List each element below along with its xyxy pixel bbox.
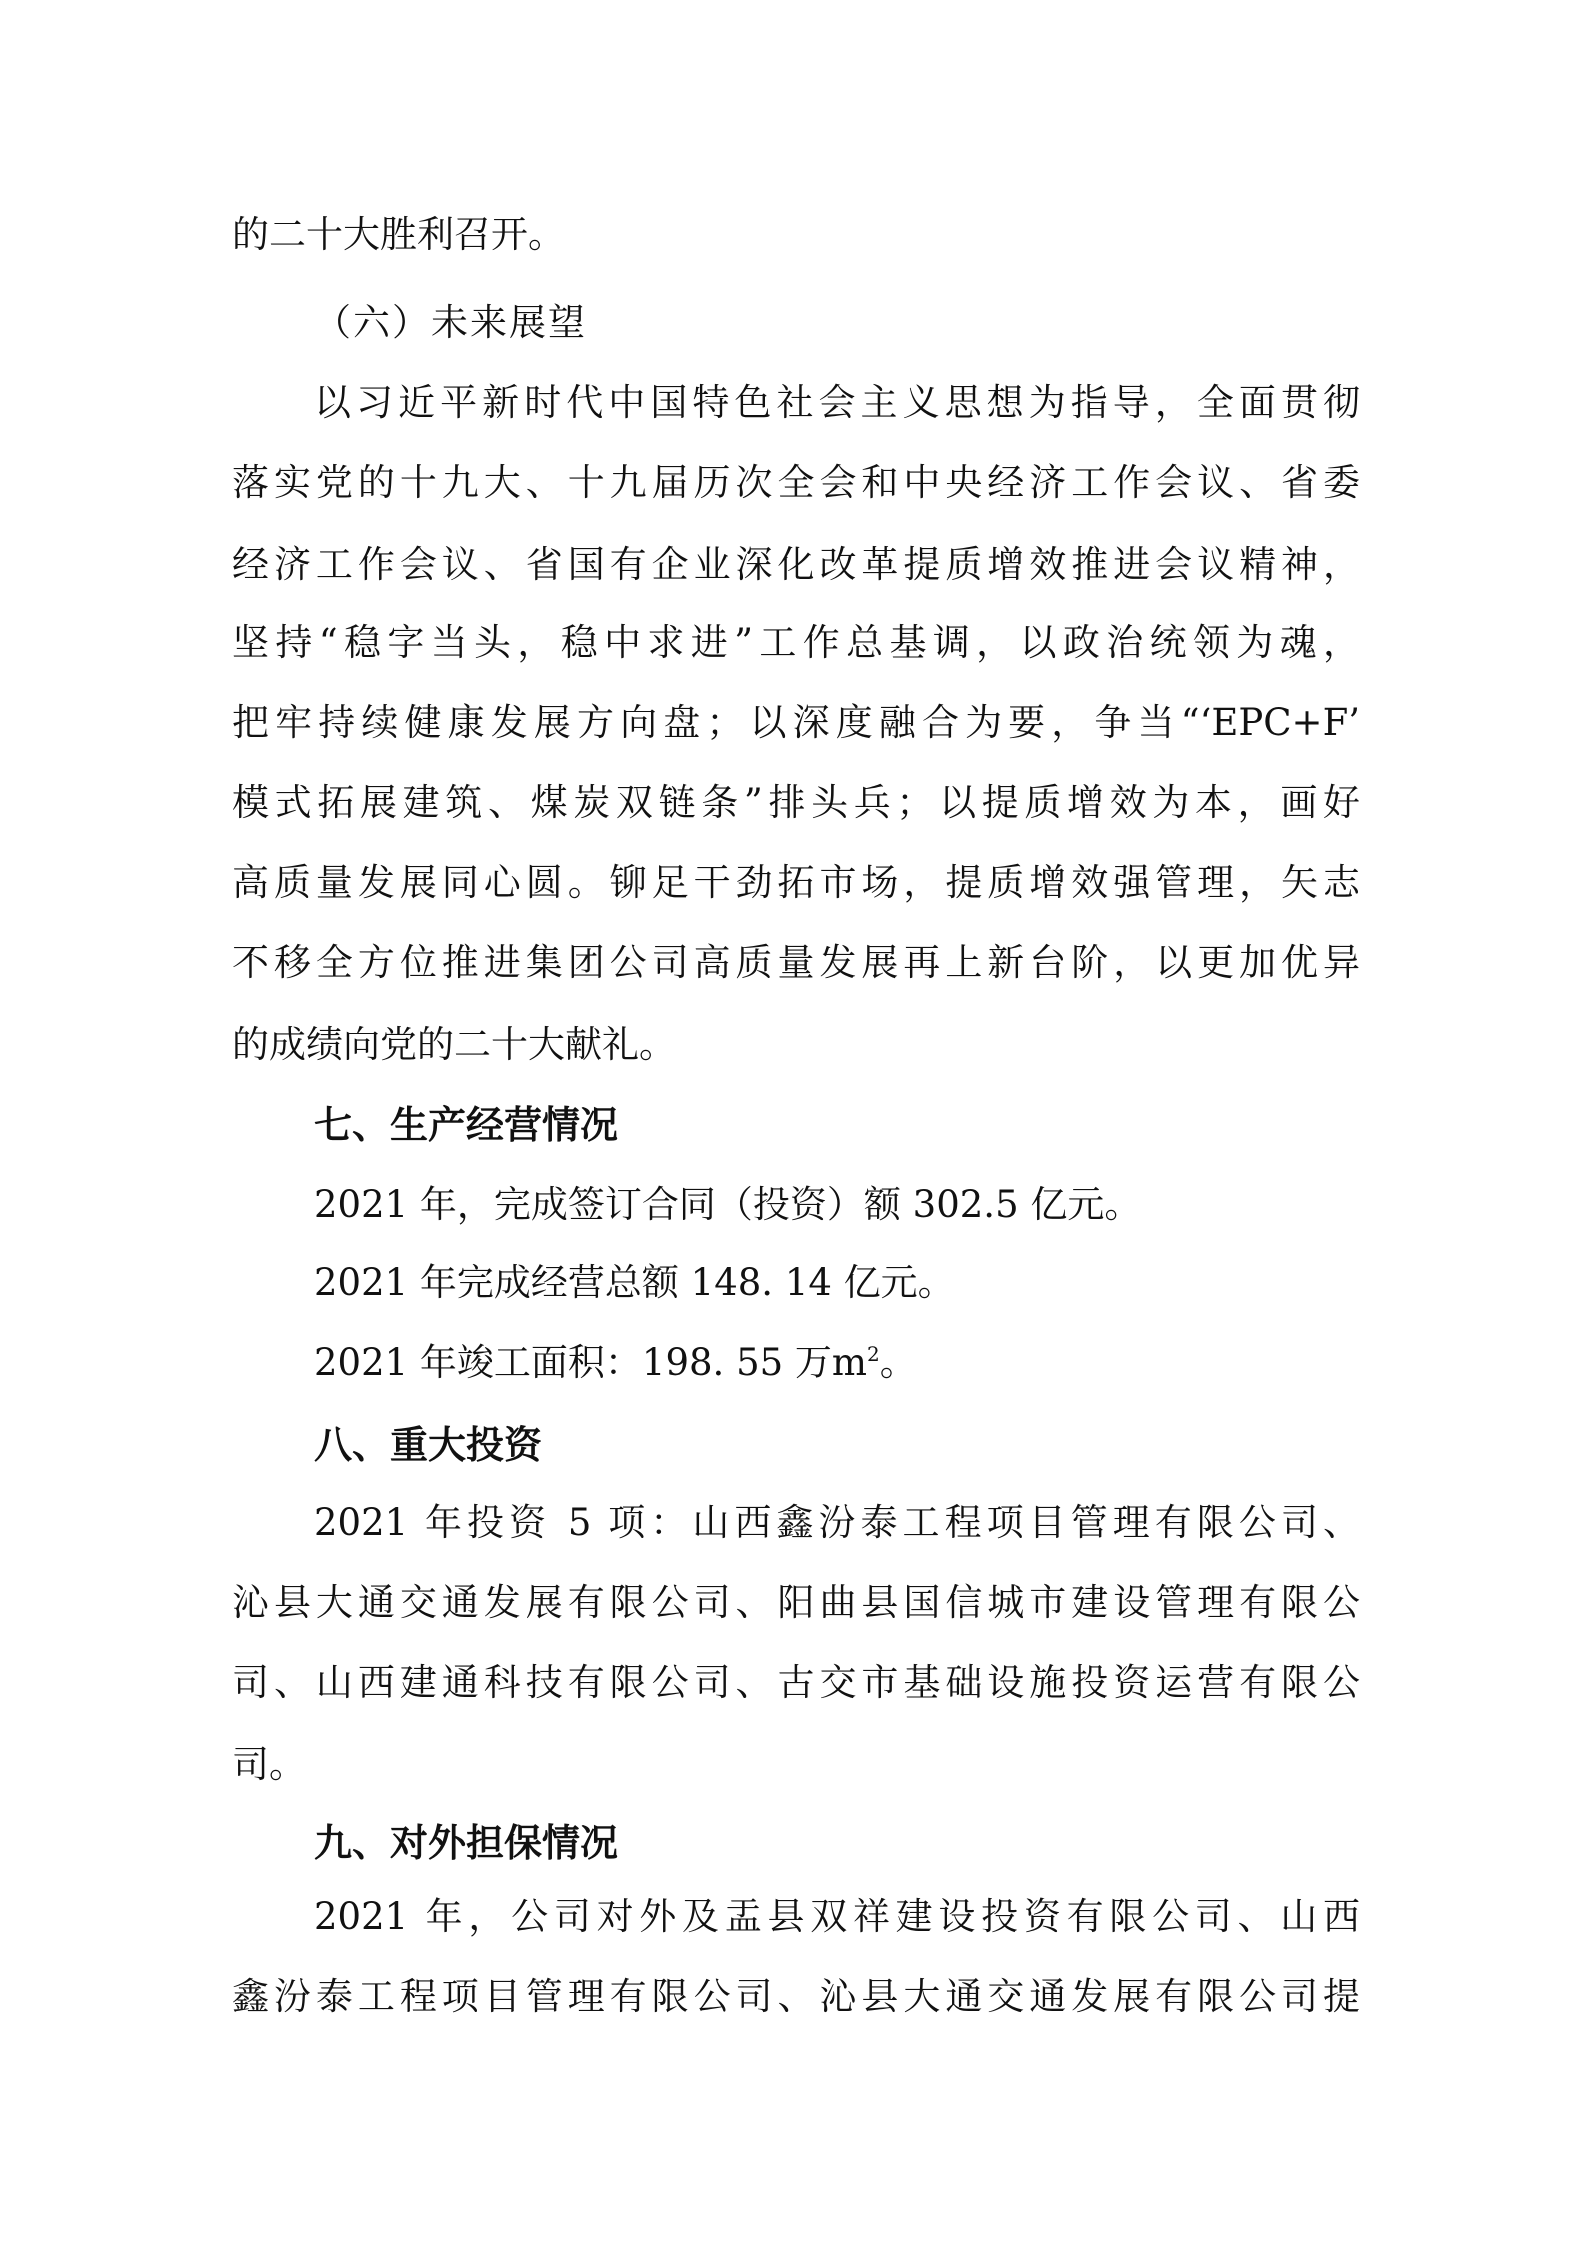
completed-area-text: 2021 年竣工面积：198. 55 万m — [314, 1341, 867, 1384]
section-6-line-1: 以习近平新时代中国特色社会主义思想为指导，全面贯彻 — [314, 363, 1360, 443]
continuation-line: 的二十大胜利召开。 — [232, 195, 1360, 275]
section-6-title: （六）未来展望 — [314, 283, 1360, 363]
section-6-line-7: 高质量发展同心圆。铆足干劲拓市场，提质增效强管理，矢志 — [232, 843, 1360, 923]
section-9-title: 九、对外担保情况 — [314, 1803, 1360, 1883]
square-superscript: 2 — [867, 1342, 880, 1366]
section-9-line-2: 鑫汾泰工程项目管理有限公司、沁县大通交通发展有限公司提 — [232, 1957, 1360, 2037]
section-7-item-operating-total: 2021 年完成经营总额 148. 14 亿元。 — [314, 1243, 1360, 1323]
section-8-line-2: 沁县大通交通发展有限公司、阳曲县国信城市建设管理有限公 — [232, 1563, 1360, 1643]
section-6-line-2: 落实党的十九大、十九届历次全会和中央经济工作会议、省委 — [232, 443, 1360, 523]
section-6-line-3: 经济工作会议、省国有企业深化改革提质增效推进会议精神， — [232, 525, 1360, 605]
section-7-title: 七、生产经营情况 — [314, 1085, 1360, 1165]
section-8-line-3: 司、山西建通科技有限公司、古交市基础设施投资运营有限公 — [232, 1643, 1360, 1723]
section-6-line-8: 不移全方位推进集团公司高质量发展再上新台阶，以更加优异 — [232, 923, 1360, 1003]
section-6-line-5: 把牢持续健康发展方向盘；以深度融合为要，争当“‘EPC+F’ — [232, 683, 1360, 763]
section-6-line-6: 模式拓展建筑、煤炭双链条”排头兵；以提质增效为本，画好 — [232, 763, 1360, 843]
section-7-item-contracts: 2021 年，完成签订合同（投资）额 302.5 亿元。 — [314, 1165, 1360, 1245]
section-7-item-completed-area: 2021 年竣工面积：198. 55 万m2。 — [314, 1323, 1360, 1403]
section-6-line-9: 的成绩向党的二十大献礼。 — [232, 1005, 1360, 1085]
section-6-line-4: 坚持“稳字当头，稳中求进”工作总基调，以政治统领为魂， — [232, 603, 1360, 683]
section-8-line-1: 2021 年投资 5 项：山西鑫汾泰工程项目管理有限公司、 — [314, 1483, 1360, 1563]
section-9-line-1: 2021 年，公司对外及盂县双祥建设投资有限公司、山西 — [314, 1877, 1360, 1957]
completed-area-period: 。 — [880, 1341, 917, 1384]
section-8-line-4: 司。 — [232, 1725, 1360, 1805]
document-page: 的二十大胜利召开。 （六）未来展望 以习近平新时代中国特色社会主义思想为指导，全… — [0, 0, 1587, 2245]
section-8-title: 八、重大投资 — [314, 1405, 1360, 1485]
